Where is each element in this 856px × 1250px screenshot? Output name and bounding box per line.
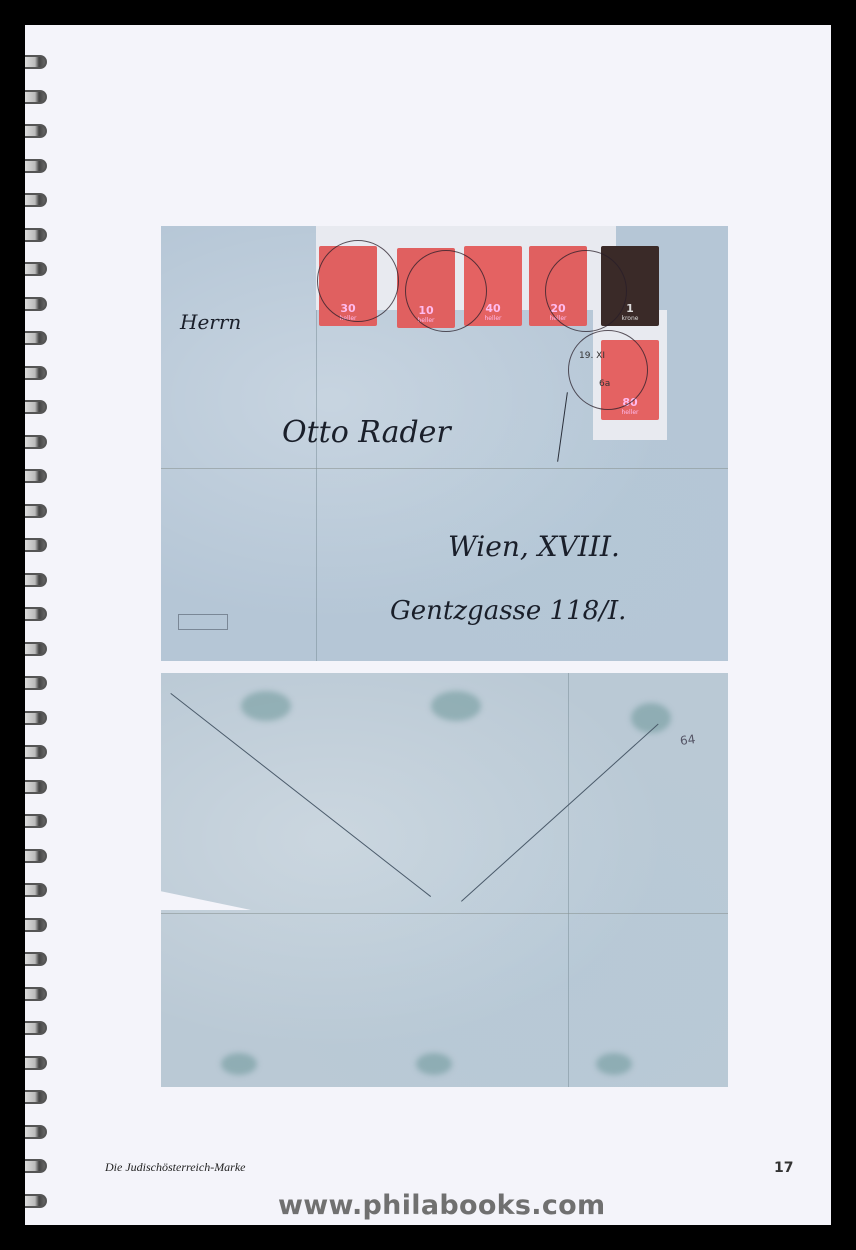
binding-ring — [25, 193, 47, 207]
glue-stain — [431, 691, 481, 721]
flap-edge — [461, 724, 659, 902]
stamp-value: 40 — [485, 302, 500, 315]
flap-edge — [170, 693, 431, 897]
running-title: Die Judischösterreich-Marke — [105, 1160, 246, 1175]
binding-ring — [25, 987, 47, 1001]
glue-stain — [241, 691, 291, 721]
postmark-cancel — [405, 250, 487, 332]
glue-stain — [416, 1053, 452, 1075]
binding-ring — [25, 573, 47, 587]
fold-line — [568, 673, 569, 1087]
stamp-value: 1 — [626, 302, 634, 315]
binding-ring — [25, 1194, 47, 1208]
fold-line — [161, 913, 728, 914]
binding-ring — [25, 642, 47, 656]
postmark-dated: 19. XI 6a — [568, 330, 648, 410]
binding-ring — [25, 814, 47, 828]
binding-ring — [25, 849, 47, 863]
postmark-cancel — [317, 240, 399, 322]
binding-ring — [25, 297, 47, 311]
binding-ring — [25, 1021, 47, 1035]
stamp-unit: heller — [622, 409, 639, 416]
address-city: Wien, XVIII. — [448, 530, 620, 563]
binding-ring — [25, 711, 47, 725]
binding-ring — [25, 780, 47, 794]
binding-ring — [25, 366, 47, 380]
address-recipient: Otto Rader — [282, 415, 451, 450]
envelope-back — [161, 673, 728, 1087]
binding-ring — [25, 676, 47, 690]
binding-ring — [25, 435, 47, 449]
binding-ring — [25, 159, 47, 173]
handstamp-cachet — [178, 614, 228, 630]
binding-ring — [25, 1159, 47, 1173]
binding-ring — [25, 331, 47, 345]
binding-ring — [25, 262, 47, 276]
binding-ring — [25, 90, 47, 104]
binding-ring — [25, 124, 47, 138]
page-number: 17 — [774, 1160, 793, 1176]
postmark-date: 19. XI — [579, 351, 605, 361]
postmark-office: 6a — [599, 379, 610, 389]
spiral-binding — [25, 25, 49, 1225]
binding-ring — [25, 55, 47, 69]
fold-line — [161, 468, 728, 469]
binding-ring — [25, 469, 47, 483]
binding-ring — [25, 952, 47, 966]
binding-ring — [25, 1056, 47, 1070]
address-salutation: Herrn — [180, 310, 241, 334]
postmark-cancel — [545, 250, 627, 332]
watermark-link[interactable]: www.philabooks.com — [278, 1190, 605, 1221]
binding-ring — [25, 883, 47, 897]
pencil-note: 64 — [679, 732, 696, 748]
address-street: Gentzgasse 118/I. — [390, 596, 626, 626]
stamp-unit: heller — [485, 315, 502, 322]
binding-ring — [25, 504, 47, 518]
binding-ring — [25, 538, 47, 552]
binding-ring — [25, 228, 47, 242]
binding-ring — [25, 1125, 47, 1139]
binding-ring — [25, 400, 47, 414]
binding-ring — [25, 607, 47, 621]
glue-stain — [596, 1053, 632, 1075]
binding-ring — [25, 918, 47, 932]
stamp-unit: krone — [622, 315, 639, 322]
binding-ring — [25, 1090, 47, 1104]
binding-ring — [25, 745, 47, 759]
glue-stain — [221, 1053, 257, 1075]
